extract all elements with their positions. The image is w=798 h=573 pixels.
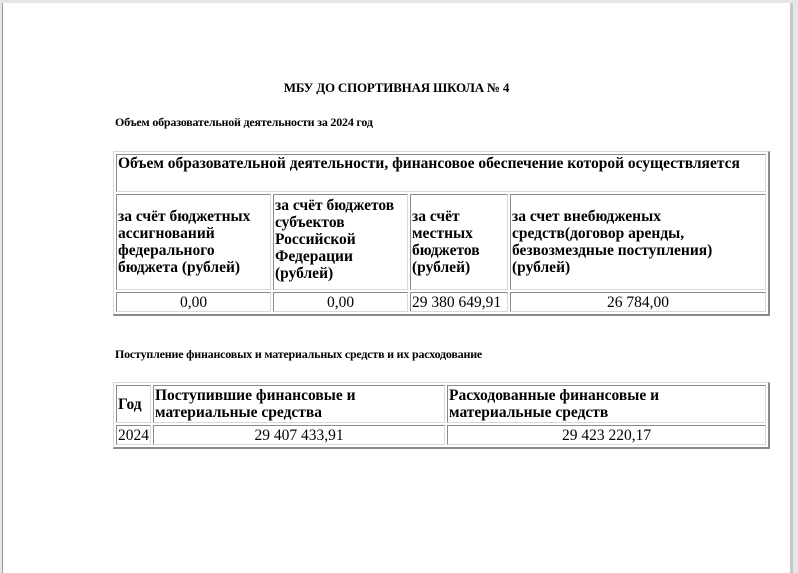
value-federal-budget: 0,00 (116, 292, 271, 312)
table-header-row: за счёт бюджетных ассигнований федеральн… (116, 194, 766, 290)
document-page: МБУ ДО СПОРТИВНАЯ ШКОЛА № 4 Объем образо… (2, 3, 790, 565)
education-volume-table: Объем образовательной деятельности, фина… (113, 151, 770, 316)
table-caption-row: Объем образовательной деятельности, фина… (116, 154, 766, 192)
cell-received-funds: 29 407 433,91 (153, 425, 445, 445)
column-header-extrabudgetary: за счет внебюдженых средств(договор арен… (510, 194, 766, 290)
column-header-regional-budget: за счёт бюджетов субъектов Российской Фе… (273, 194, 408, 290)
table-header-row: Год Поступившие финансовые и материальны… (116, 385, 766, 423)
section-heading-funds-flow: Поступление финансовых и материальных ср… (115, 347, 482, 362)
cell-spent-funds: 29 423 220,17 (447, 425, 766, 445)
value-local-budget: 29 380 649,91 (410, 292, 508, 312)
value-regional-budget: 0,00 (273, 292, 408, 312)
value-extrabudgetary: 26 784,00 (510, 292, 766, 312)
document-title: МБУ ДО СПОРТИВНАЯ ШКОЛА № 4 (3, 80, 790, 96)
section-heading-education-volume: Объем образовательной деятельности за 20… (115, 115, 373, 130)
cell-year: 2024 (116, 425, 151, 445)
table-row: 2024 29 407 433,91 29 423 220,17 (116, 425, 766, 445)
table-caption: Объем образовательной деятельности, фина… (116, 154, 766, 192)
funds-flow-table: Год Поступившие финансовые и материальны… (113, 382, 770, 449)
column-header-received-funds: Поступившие финансовые и материальные ср… (153, 385, 445, 423)
column-header-year: Год (116, 385, 151, 423)
column-header-local-budget: за счёт местных бюджетов (рублей) (410, 194, 508, 290)
column-header-federal-budget: за счёт бюджетных ассигнований федеральн… (116, 194, 271, 290)
column-header-spent-funds: Расходованные финансовые и материальные … (447, 385, 766, 423)
table-row: 0,00 0,00 29 380 649,91 26 784,00 (116, 292, 766, 312)
